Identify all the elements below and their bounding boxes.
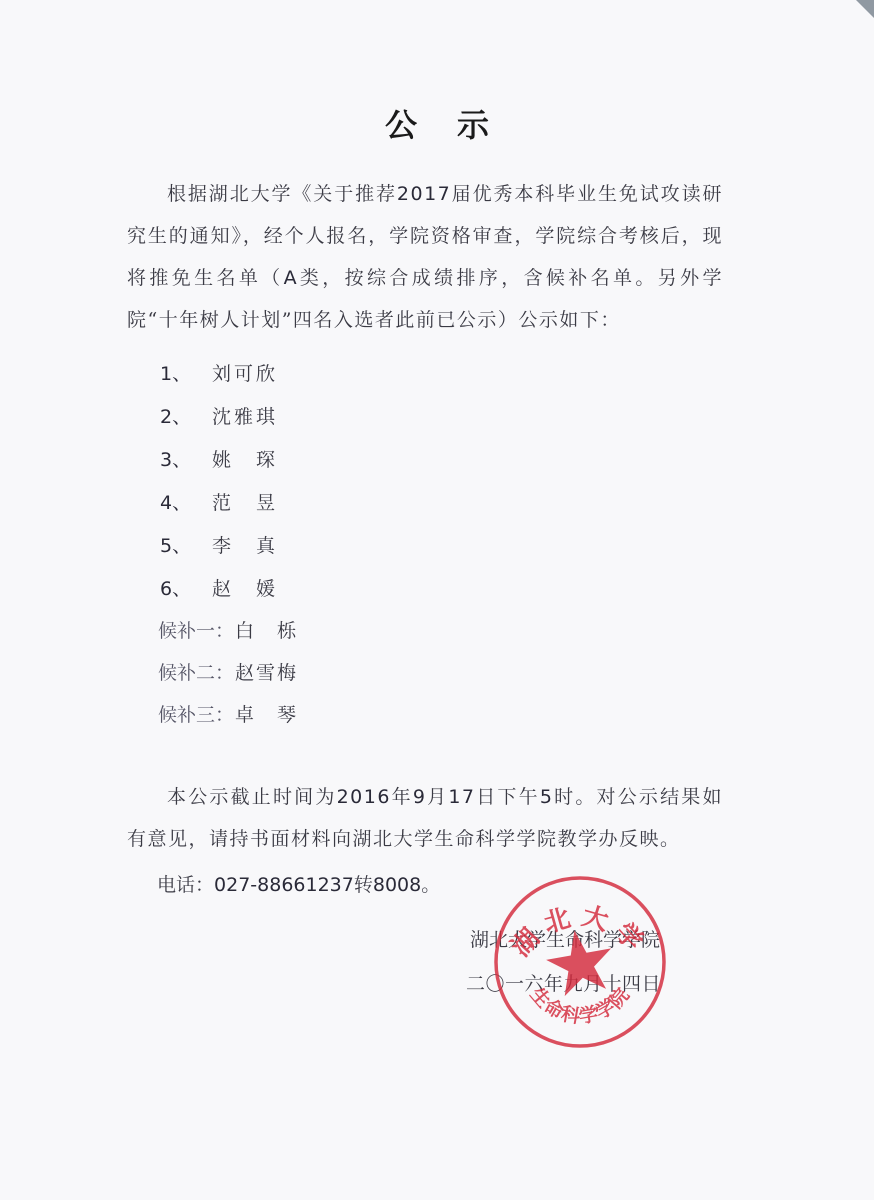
deadline-text: 日下午 <box>476 786 540 808</box>
alternate-label: 候补一： <box>158 610 235 652</box>
list-item-name: 姚 琛 <box>212 439 278 482</box>
contact-phone: 027-88661237 <box>214 874 354 896</box>
list-item-index: 2、 <box>160 396 212 439</box>
list-item-index: 6、 <box>160 568 212 611</box>
alternate-list: 候补一：白 栎 候补二：赵雪梅 候补三：卓 琴 <box>158 610 298 736</box>
list-item-name: 刘可欣 <box>212 353 278 396</box>
deadline-month: 9 <box>413 786 427 808</box>
contact-line: 电话：027-88661237转8008。 <box>157 864 440 906</box>
list-item-index: 4、 <box>160 482 212 525</box>
nominee-list: 1、刘可欣 2、沈雅琪 3、姚 琛 4、范 昱 5、李 真 6、赵 媛 <box>160 353 278 611</box>
list-item-index: 1、 <box>160 353 212 396</box>
signature-block: 湖北大学生命科学学院 二〇一六年九月十四日 <box>470 918 661 1006</box>
list-item: 4、范 昱 <box>160 482 278 525</box>
list-item-name: 范 昱 <box>212 482 278 525</box>
alternate-label: 候补二： <box>158 652 235 694</box>
signature-date: 二〇一六年九月十四日 <box>466 962 661 1006</box>
signature-organization: 湖北大学生命科学学院 <box>470 918 661 962</box>
list-item: 2、沈雅琪 <box>160 396 278 439</box>
list-item-index: 5、 <box>160 525 212 568</box>
intro-year: 2017 <box>397 183 451 205</box>
deadline-year: 2016 <box>337 786 391 808</box>
alternate-label: 候补三： <box>158 694 235 736</box>
list-item: 1、刘可欣 <box>160 353 278 396</box>
intro-text-1: 根据湖北大学《关于推荐 <box>167 183 397 205</box>
scan-page-corner <box>856 0 874 18</box>
list-item: 3、姚 琛 <box>160 439 278 482</box>
contact-label: 电话： <box>157 874 214 896</box>
alternate-item: 候补二：赵雪梅 <box>158 652 298 694</box>
list-item-name: 赵 媛 <box>212 568 278 611</box>
alternate-item: 候补一：白 栎 <box>158 610 298 652</box>
intro-category: A <box>284 267 299 289</box>
contact-end: 。 <box>421 874 440 896</box>
deadline-text: 本公示截止时间为 <box>167 786 337 808</box>
contact-ext: 8008 <box>373 874 421 896</box>
alternate-name: 卓 琴 <box>235 694 298 736</box>
deadline-paragraph: 本公示截止时间为2016年9月17日下午5时。对公示结果如有意见，请持书面材料向… <box>127 776 723 860</box>
list-item: 6、赵 媛 <box>160 568 278 611</box>
deadline-hour: 5 <box>540 786 554 808</box>
alternate-name: 赵雪梅 <box>235 652 298 694</box>
alternate-name: 白 栎 <box>235 610 298 652</box>
intro-paragraph: 根据湖北大学《关于推荐2017届优秀本科毕业生免试攻读研究生的通知》，经个人报名… <box>127 173 723 341</box>
contact-ext-label: 转 <box>354 874 373 896</box>
deadline-day: 17 <box>448 786 475 808</box>
deadline-text: 年 <box>391 786 413 808</box>
alternate-item: 候补三：卓 琴 <box>158 694 298 736</box>
page-title: 公示 <box>0 100 874 146</box>
list-item-name: 沈雅琪 <box>212 396 278 439</box>
deadline-text: 月 <box>426 786 448 808</box>
list-item-name: 李 真 <box>212 525 278 568</box>
list-item-index: 3、 <box>160 439 212 482</box>
list-item: 5、李 真 <box>160 525 278 568</box>
